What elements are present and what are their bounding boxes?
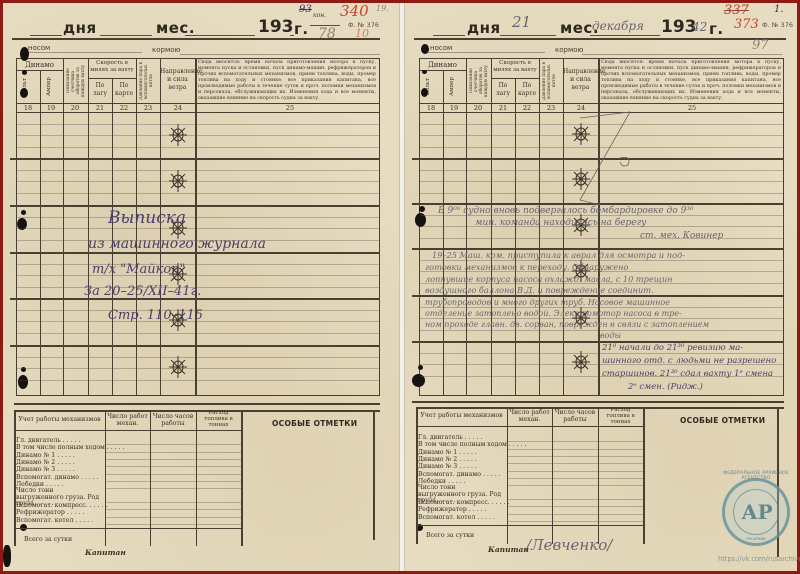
left-mech-head: Учет работы механизмов: [14, 416, 105, 423]
right-head-amp: Ампер: [449, 73, 455, 101]
right-head-wind: Направление и сила ветра: [563, 68, 598, 92]
right-watch-divider: [412, 295, 784, 297]
right-head-chart: По карте: [515, 82, 539, 98]
right-entry-line: старшинов. 21³⁰ сдал вахту 1ᵉ смена: [602, 369, 773, 379]
left-mech-row-label: Вспомогат. динамо . . . . .: [16, 474, 99, 481]
left-mech-total-label: Всего за сутки: [24, 536, 72, 543]
left-mech-row-label: Рефрижератор . . . . .: [16, 509, 85, 516]
left-colnum-bottom: [16, 112, 380, 113]
ruled-line: [420, 283, 783, 284]
left-colnum: 25: [280, 104, 300, 112]
left-colnum: 22: [114, 104, 134, 112]
ruled-line: [17, 124, 379, 125]
left-red-archive-number: 340: [340, 2, 369, 20]
right-month-value: декабря: [592, 19, 644, 33]
ruled-line: [420, 260, 783, 261]
right-head-pressure: Давление пара в вспомогательн. котле: [542, 60, 560, 102]
left-day-blank: [30, 35, 62, 36]
right-stern-blank: [582, 54, 782, 55]
mech-row-rule: [507, 521, 643, 522]
left-day-label: дня: [63, 19, 97, 37]
ink-blot: [419, 206, 425, 212]
mech-row-rule: [507, 441, 643, 442]
left-mech-total-rule: [14, 528, 241, 529]
right-mech-line: [643, 407, 645, 544]
right-entry-line: ст. мех. Ковинер: [640, 231, 723, 241]
left-head-log: По лагу: [88, 82, 112, 98]
ruled-line: [17, 193, 379, 194]
right-head-volt: Вольт: [425, 73, 431, 101]
ship-wheel-icon: [168, 355, 188, 379]
right-bottom-top-rule: [412, 401, 784, 403]
mech-row-rule: [105, 502, 241, 503]
right-mech-line: [598, 407, 599, 544]
left-head-amp: Ампер: [46, 73, 52, 101]
left-month-blank: [185, 35, 255, 36]
ink-blot: [421, 88, 428, 97]
right-day-blank: [433, 35, 465, 36]
right-day-blank-2: [500, 35, 556, 36]
right-entry-line: ном проходе главн. дв. сорван, поврежден…: [425, 320, 709, 329]
right-crossed-number: 337: [724, 3, 749, 18]
right-year-suffix: г.: [709, 20, 724, 38]
right-mech-line: [552, 407, 553, 544]
captain-signature: /Левченко/: [526, 536, 612, 554]
left-watch-divider: [10, 158, 380, 160]
ink-blot: [421, 44, 429, 54]
right-mech-line: [507, 407, 508, 544]
left-year-suffix: г.: [294, 20, 309, 38]
ruled-line: [17, 228, 379, 229]
ruled-line: [17, 333, 379, 334]
right-entry-line: 19–25 Маш. ком. приступила к аврал для о…: [432, 250, 685, 260]
right-captain-label: Капитан: [488, 545, 529, 554]
right-colnum: 21: [493, 104, 513, 112]
left-mech-row-label: В том числе полным ходом . . . . .: [16, 444, 125, 451]
ruled-line: [17, 135, 379, 136]
mech-row-rule: [507, 449, 643, 450]
ruled-line: [420, 193, 783, 194]
mech-row-rule: [507, 514, 643, 515]
left-colnum: 21: [90, 104, 110, 112]
ink-blot: [418, 365, 423, 370]
mech-row-rule: [507, 499, 643, 500]
left-bow-blank: [22, 52, 142, 53]
left-head-dynamo: Динамо: [16, 61, 63, 69]
right-head-log: По лагу: [491, 82, 515, 98]
left-day-blank-2: [100, 35, 152, 36]
right-mech-head: Число часов работы: [552, 409, 598, 423]
ruled-line: [420, 215, 783, 216]
ink-blot: [3, 545, 11, 567]
left-mech-row-label: Вспомогат. компресс. . . . . .: [16, 502, 107, 509]
right-colnum: 22: [517, 104, 537, 112]
mech-row-rule: [105, 524, 241, 525]
left-mech-head-rule: [14, 430, 105, 431]
left-mech-row-label: Вспомогат. котел . . . . .: [16, 517, 93, 524]
right-mech-total-rule: [416, 525, 643, 526]
mech-row-rule: [105, 466, 241, 467]
left-corner-number: 19.: [376, 4, 389, 13]
ship-wheel-icon: [571, 350, 591, 374]
left-watch-divider: [10, 345, 380, 347]
ruled-line: [420, 376, 783, 377]
left-head-wind: Направление и сила ветра: [160, 68, 195, 92]
right-header-rule: [414, 38, 786, 40]
ruled-line: [17, 181, 379, 182]
left-bottom-top-rule: [14, 403, 380, 405]
ruled-line: [17, 368, 379, 369]
left-crossed-number: 93: [299, 4, 312, 15]
right-mech-row-label: В том числе полным ходом . . . . .: [418, 441, 527, 448]
left-mech-head-rule: [105, 430, 241, 431]
left-mech-row-label: Гл. двигатель . . . . .: [16, 437, 80, 444]
right-entry-line: воды: [600, 331, 621, 340]
ruled-line: [420, 170, 783, 171]
left-special-notes-title: ОСОБЫЕ ОТМЕТКИ: [272, 419, 357, 428]
ruled-line: [17, 147, 379, 148]
right-mech-head: Учет работы механизмов: [416, 412, 507, 419]
ruled-line: [420, 353, 783, 354]
left-speed-group-rule: [88, 78, 136, 79]
right-day-value: 21: [512, 13, 531, 31]
right-speed-group-rule: [491, 78, 539, 79]
mech-row-rule: [507, 478, 643, 479]
left-head-chart: По карте: [112, 82, 136, 98]
left-mech-head: Число часов работы: [150, 413, 196, 427]
right-day-label: дня: [467, 19, 501, 37]
mech-row-rule: [507, 463, 643, 464]
right-mech-row-label: Динамо № 2 . . . . .: [418, 456, 477, 463]
right-bow-label: носом: [430, 44, 452, 52]
ruled-line: [17, 170, 379, 171]
ruled-line: [420, 124, 783, 125]
left-mech-head: Расход топлива в тоннах: [196, 410, 241, 428]
right-entry-line: отделение затоплено водой. Электромотор …: [425, 309, 682, 318]
ruled-line: [17, 264, 379, 265]
right-mech-total-label: Всего за сутки: [426, 532, 474, 539]
ruled-line: [420, 181, 783, 182]
right-stern-label: кормою: [555, 46, 583, 54]
right-corner-number: 1.: [774, 4, 784, 15]
right-mech-head-rule: [416, 426, 643, 427]
right-mech-head: Число работ механ.: [507, 409, 552, 423]
right-mech-row-label: Вспомогат. компресс. . . . . .: [418, 499, 509, 506]
left-head-remarks: Сюда вносятся: время начала приготовлени…: [198, 60, 376, 102]
left-watch-divider: [10, 205, 380, 207]
ink-blot: [20, 88, 28, 98]
ruled-line: [17, 357, 379, 358]
left-red-small: 10: [355, 27, 369, 40]
right-mech-row-label: Вспомогат. динамо . . . . .: [418, 471, 501, 478]
ruled-line: [420, 238, 783, 239]
archive-stamp: ФЕДЕРАЛЬНОЕ АРХИВНОЕ АГЕНТСТВО АР РОСАРХ…: [722, 478, 790, 546]
right-mech-head: Расход топлива в тоннах: [598, 407, 643, 425]
ruled-line: [17, 380, 379, 381]
left-mech-head: Число работ механ.: [105, 413, 150, 427]
ruled-line: [420, 318, 783, 319]
mech-row-rule: [105, 452, 241, 453]
left-special-border: [373, 410, 375, 540]
left-mech-row-label: Динамо № 3 . . . . .: [16, 466, 75, 473]
ruled-line: [420, 271, 783, 272]
ruled-line: [420, 147, 783, 148]
ink-blot: [22, 70, 27, 75]
left-stern-label: кормою: [152, 46, 180, 54]
right-bow-blank: [425, 52, 545, 53]
mech-row-rule: [507, 485, 643, 486]
left-pencil-mark: 78: [318, 26, 336, 42]
stamp-bottom-text: РОСАРХИВ: [725, 537, 787, 541]
left-mech-row-label: Динамо № 1 . . . . .: [16, 452, 75, 459]
mech-row-rule: [105, 509, 241, 510]
left-col-line: [40, 70, 41, 396]
mech-row-rule: [507, 471, 643, 472]
left-colnum: 20: [65, 104, 85, 112]
right-colnum: 20: [468, 104, 488, 112]
right-mech-row-label: Динамо № 3 . . . . .: [418, 463, 477, 470]
mech-row-rule: [105, 488, 241, 489]
ink-blot: [20, 47, 29, 61]
right-head-rpm: Показание счетчика оборотов за каждую ва…: [469, 60, 489, 102]
right-pencil-mark: 97: [752, 38, 769, 53]
left-head-rpm: Показание счетчика оборотов за каждую ва…: [66, 60, 86, 102]
left-mech-line: [241, 410, 243, 546]
watermark-url: https://vk.com/rusarchives: [718, 555, 800, 563]
mech-row-rule: [507, 456, 643, 457]
ruled-line: [17, 275, 379, 276]
left-stern-blank: [180, 54, 380, 55]
ruled-line: [420, 226, 783, 227]
right-mech-row-label: Гл. двигатель . . . . .: [418, 434, 482, 441]
left-note-line-1: Выписка: [108, 208, 186, 228]
left-colnum: 19: [41, 104, 61, 112]
ruled-line: [17, 240, 379, 241]
right-head-speed: Скорость в милях за вахту: [491, 60, 539, 73]
right-colnum: 25: [682, 104, 702, 112]
mech-row-rule: [105, 517, 241, 518]
mech-row-rule: [105, 459, 241, 460]
mech-row-rule: [105, 444, 241, 445]
left-colnum: 24: [168, 104, 188, 112]
ink-blot: [422, 70, 427, 74]
right-head-dynamo: Динамо: [419, 61, 466, 69]
ruled-line: [420, 135, 783, 136]
stamp-inner-ring: АР: [733, 489, 779, 535]
right-form-number: Ф. № 376: [762, 21, 793, 29]
left-head-pressure: Давление пара в вспомогательн. котле: [139, 60, 157, 102]
right-col-line: [466, 58, 467, 396]
left-colnum: 23: [138, 104, 158, 112]
right-colnum: 18: [421, 104, 441, 112]
right-entry-line: 2ᵉ смен. (Ридж.): [628, 382, 703, 392]
left-mech-row-label: Динамо № 2 . . . . .: [16, 459, 75, 466]
left-note-line-2: из машинного журнала: [88, 236, 266, 252]
right-col-line: [443, 70, 444, 396]
right-mech-row-label: Динамо № 1 . . . . .: [418, 449, 477, 456]
right-mech-row-label: Рефрижератор . . . . .: [418, 506, 487, 513]
ruled-line: [420, 307, 783, 308]
ink-blot: [18, 375, 28, 389]
right-colnum: 19: [444, 104, 464, 112]
right-entry-line: 21⁰ начали до 21³⁰ ревизию ма-: [602, 343, 743, 353]
right-special-notes-title: ОСОБЫЕ ОТМЕТКИ: [680, 416, 765, 425]
left-year-prefix: 193: [258, 17, 294, 37]
right-entry-line: воздушного баллона В.Д. и повреждение со…: [425, 285, 654, 295]
ruled-line: [420, 330, 783, 331]
ruled-line: [420, 364, 783, 365]
ruled-line: [17, 310, 379, 311]
stamp-ring-text: ФЕДЕРАЛЬНОЕ АРХИВНОЕ АГЕНТСТВО: [719, 471, 793, 481]
left-colnum: 18: [18, 104, 38, 112]
left-head-speed: Скорость в милях за вахту: [88, 60, 136, 73]
right-year-value: 42: [692, 20, 707, 34]
right-head-remarks: Сюда вносятся: время начала приготовлени…: [601, 60, 781, 102]
mech-row-rule: [507, 506, 643, 507]
ruled-line: [17, 287, 379, 288]
right-month-blank: [590, 35, 660, 36]
stamp-monogram: АР: [734, 500, 780, 524]
mech-row-rule: [105, 481, 241, 482]
left-bow-label: носом: [28, 44, 50, 52]
mech-row-rule: [105, 474, 241, 475]
right-mech-row-label: Вспомогат. котел . . . . .: [418, 514, 495, 521]
left-abbrev: кон.: [313, 12, 326, 19]
ruled-line: [17, 217, 379, 218]
right-red-archive-number: 373: [734, 17, 759, 32]
ruled-line: [17, 321, 379, 322]
left-watch-divider: [10, 252, 380, 254]
right-colnum: 23: [541, 104, 561, 112]
left-captain-label: Капитан: [85, 548, 126, 557]
ink-blot: [21, 210, 26, 215]
